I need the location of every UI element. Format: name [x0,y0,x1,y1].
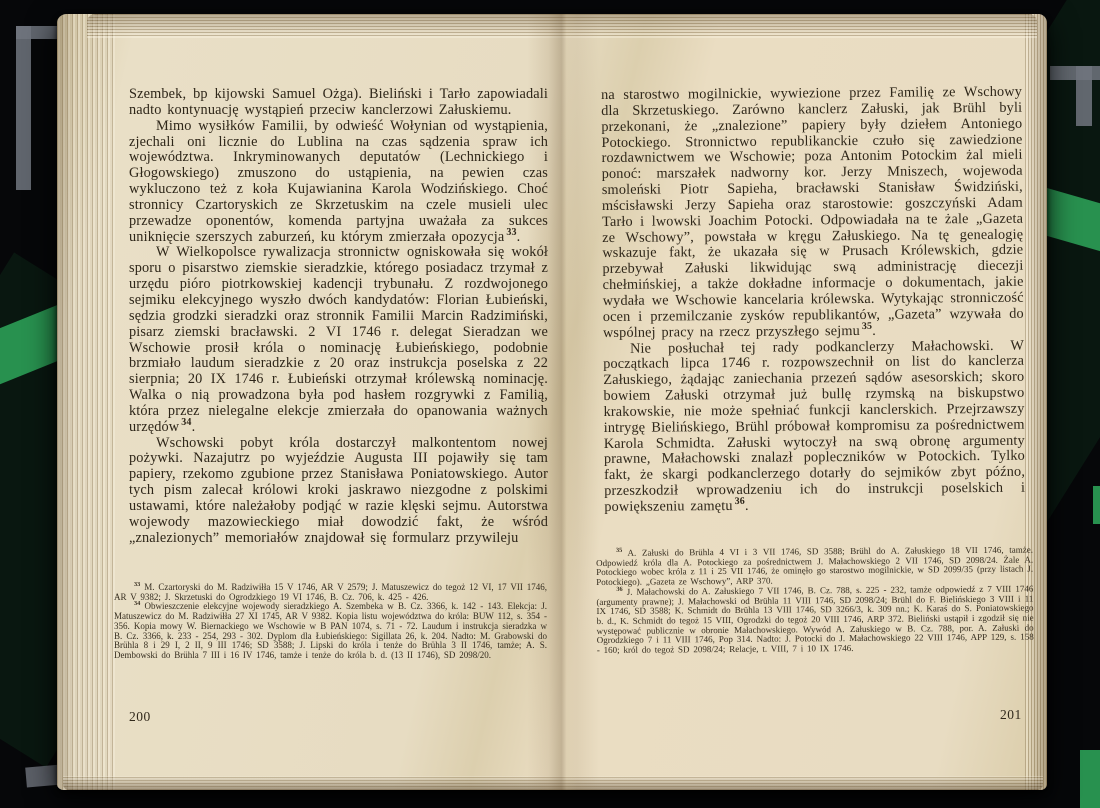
footnote-number: 35 [616,547,622,554]
paragraph: na starostwo mogilnickie, wywiezione prz… [601,85,1024,342]
page-stack-right-edge [1025,14,1047,790]
paragraph: Nie posłuchał tej rady podkanclerzy Mała… [603,338,1025,516]
corner-bracket-top-right-horizontal [1050,66,1100,80]
footnote-marker: 34 [181,417,191,428]
footnote: 35 A. Załuski do Brühla 4 VI i 3 VII 174… [596,546,1033,588]
green-corner-bottom-right [1080,750,1100,808]
footnote: 33 M. Czartoryski do M. Radziwiłła 15 V … [114,583,547,602]
footnote-number: 33 [134,581,140,588]
paragraph: Wschowski pobyt króla dostarczył malkont… [129,436,548,547]
footnote: 36 J. Małachowski do A. Załuskiego 7 VII… [596,584,1034,655]
right-page-footnotes: 35 A. Załuski do Brühla 4 VI i 3 VII 174… [596,546,1034,656]
paragraph: Mimo wysiłków Familii, by odwieść Wołyni… [129,119,548,246]
footnote-marker: 36 [735,496,745,507]
paragraph: Szembek, bp kijowski Samuel Ożga). Bieli… [129,87,548,119]
footnote-marker: 35 [862,321,872,332]
right-page-body: na starostwo mogilnickie, wywiezione prz… [601,85,1025,516]
footnote-number: 36 [616,586,622,593]
footnote-number: 34 [134,600,140,607]
corner-bracket-top-right-vertical [1076,66,1092,126]
right-page-number: 201 [1000,707,1022,723]
footnote-marker: 33 [506,227,516,238]
page-stack-left-edge [57,14,115,790]
corner-bracket-top-left-vertical [16,26,31,190]
footnote: 34 Obwieszczenie elekcyjne wojewody sier… [114,602,547,660]
left-page-body: Szembek, bp kijowski Samuel Ożga). Bieli… [129,87,548,546]
photo-background: Szembek, bp kijowski Samuel Ożga). Bieli… [0,0,1100,808]
green-sliver-right [1093,486,1100,524]
paragraph: W Wielkopolsce rywalizacja stronnictw og… [129,245,548,435]
left-page-footnotes: 33 M. Czartoryski do M. Radziwiłła 15 V … [114,583,547,661]
left-page-number: 200 [129,709,151,725]
